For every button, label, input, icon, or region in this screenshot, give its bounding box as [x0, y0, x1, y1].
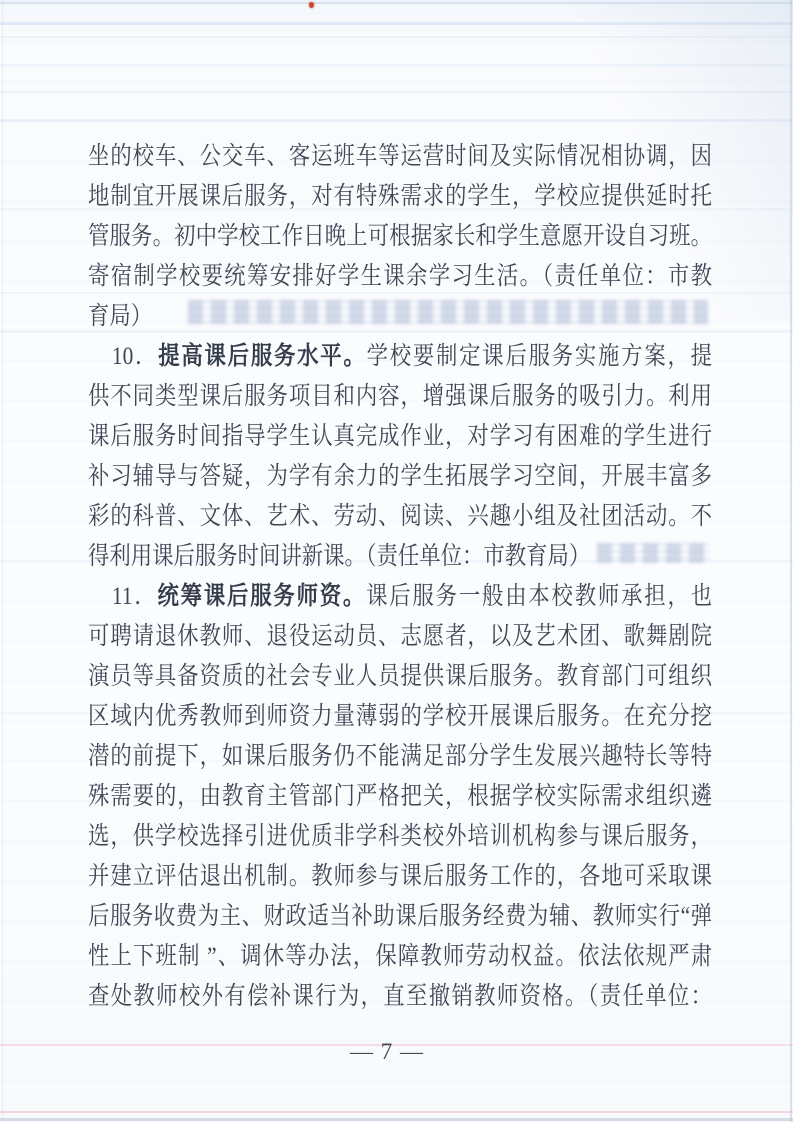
scan-streak — [0, 22, 793, 25]
text-line: 并建立评估退出机制。教师参与课后服务工作的，各地可采取课 — [88, 857, 712, 897]
item-body-start: 学校要制定课后服务实施方案，提 — [367, 343, 712, 370]
text-line: 区域内优秀教师到师资力量薄弱的学校开展课后服务。在充分挖 — [88, 697, 712, 737]
scan-streak — [0, 91, 793, 93]
page-number-footer: — 7 — — [0, 1040, 793, 1064]
page-bottom-edge — [0, 1118, 793, 1121]
item-number: 10． — [112, 343, 158, 370]
text-line: 查处教师校外有偿补课行为，直至撤销教师资格。（责任单位： — [88, 977, 712, 1017]
scan-streak — [0, 119, 793, 122]
document-text-block: 坐的校车、公交车、客运班车等运营时间及实际情况相协调，因 地制宜开展课后服务，对… — [88, 137, 712, 1017]
text-line: 课后服务时间指导学生认真完成作业，对学习有困难的学生进行 — [88, 417, 712, 457]
text-line: 育局） — [88, 297, 712, 337]
page-right-edge — [790, 0, 792, 1122]
scan-streak-pink — [0, 1111, 793, 1113]
page-left-edge — [2, 0, 3, 1122]
text-line: 坐的校车、公交车、客运班车等运营时间及实际情况相协调，因 — [88, 137, 712, 177]
text-line: 管服务。初中学校工作日晚上可根据家长和学生意愿开设自习班。 — [88, 217, 712, 257]
scan-streak — [0, 64, 793, 67]
text-line: 供不同类型课后服务项目和内容，增强课后服务的吸引力。利用 — [88, 377, 712, 417]
red-staple-mark — [309, 2, 314, 8]
item-title: 提高课后服务水平。 — [158, 343, 366, 370]
text-line: 彩的科普、文体、艺术、劳动、阅读、兴趣小组及社团活动。不 — [88, 497, 712, 537]
item-body-start: 课后服务一般由本校教师承担，也 — [366, 583, 712, 610]
text-line: 得利用课后服务时间讲新课。（责任单位：市教育局） — [88, 537, 712, 577]
text-line: 寄宿制学校要统筹安排好学生课余学习生活。（责任单位：市教 — [88, 257, 712, 297]
scan-streak — [0, 2, 793, 4]
text-line: 可聘请退休教师、退役运动员、志愿者，以及艺术团、歌舞剧院 — [88, 617, 712, 657]
item-title: 统筹课后服务师资。 — [158, 583, 367, 610]
text-line: 殊需要的，由教育主管部门严格把关，根据学校实际需求组织遴 — [88, 777, 712, 817]
item-11-heading-line: 11．统筹课后服务师资。课后服务一般由本校教师承担，也 — [88, 577, 712, 617]
text-line: 潜的前提下，如课后服务仍不能满足部分学生发展兴趣特长等特 — [88, 737, 712, 777]
scan-streak — [0, 36, 793, 38]
text-line: 性上下班制 ”、调休等办法，保障教师劳动权益。依法依规严肃 — [88, 937, 712, 977]
scanned-page: 坐的校车、公交车、客运班车等运营时间及实际情况相协调，因 地制宜开展课后服务，对… — [0, 0, 793, 1122]
item-10-heading-line: 10．提高课后服务水平。学校要制定课后服务实施方案，提 — [88, 337, 712, 377]
text-line: 演员等具备资质的社会专业人员提供课后服务。教育部门可组织 — [88, 657, 712, 697]
text-line: 补习辅导与答疑，为学有余力的学生拓展学习空间，开展丰富多 — [88, 457, 712, 497]
item-number: 11． — [112, 583, 158, 610]
text-line: 地制宜开展课后服务，对有特殊需求的学生，学校应提供延时托 — [88, 177, 712, 217]
text-line: 选，供学校选择引进优质非学科类校外培训机构参与课后服务， — [88, 817, 712, 857]
text-line: 后服务收费为主、财政适当补助课后服务经费为辅、教师实行“弹 — [88, 897, 712, 937]
